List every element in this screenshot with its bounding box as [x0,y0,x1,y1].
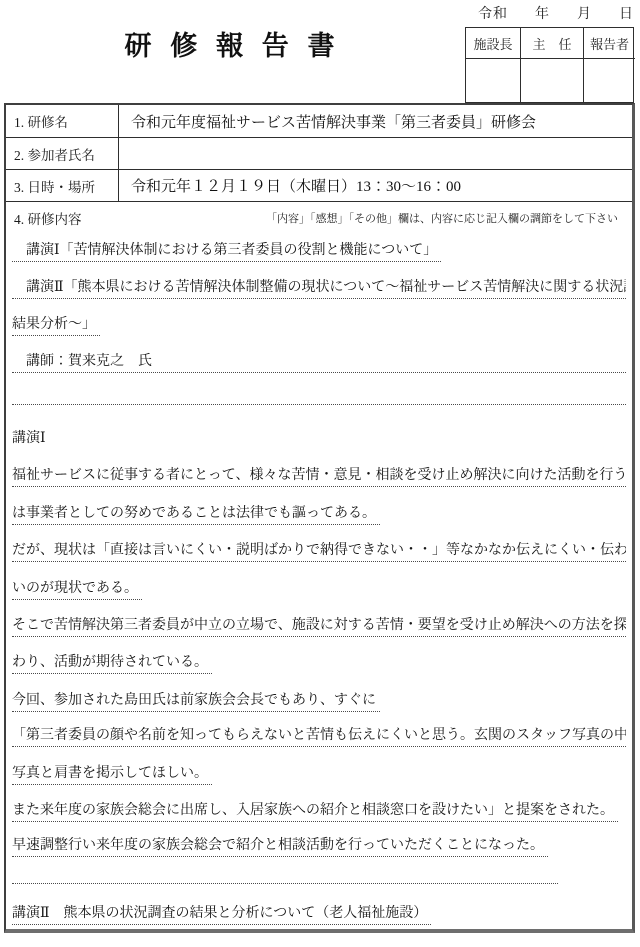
body-line-section1-heading: 講演Ⅰ [12,426,626,450]
approval-header-chief: 主 任 [521,28,584,59]
body-line-paragraph-3a: そこで苦情解決第三者委員が中立の立場で、施設に対する苦情・要望を受け止め解決への… [12,613,626,637]
body-line-paragraph-2b: いのが現状である。 [12,576,142,600]
approval-stamp-cell-chief [521,59,584,102]
date-line: 令和 年 月 日 [478,3,634,23]
body-line-paragraph-3b: わり、活動が期待されている。 [12,650,212,674]
body-line-paragraph-5: 早速調整行い来年度の家族会総会で紹介と相談活動を行っていただくことになった。 [12,833,548,857]
approval-stamp-cell-reporter [584,59,635,102]
body-line-quote-2: 写真と肩書を掲示してほしい。 [12,761,212,785]
body-line-lecture2-title-1: 講演Ⅱ「熊本県における苦情解決体制整備の現状について～福祉サービス苦情解決に関す… [12,275,626,299]
body-line-lecture1-title: 講演Ⅰ「苦情解決体制における第三者委員の役割と機能について」 [12,238,441,262]
date-era: 令和 [478,3,508,23]
approval-header-reporter: 報告者 [584,28,635,59]
training-content-label: 4. 研修内容 [14,208,82,228]
body-line-lecturer-name: 講師：賀来克之 氏 [12,349,626,373]
body-line-section2-heading: 講演Ⅱ 熊本県の状況調査の結果と分析について（老人福祉施設） [12,901,431,925]
participants-value [119,138,632,169]
approval-table: 施設長 主 任 報告者 [465,27,634,103]
approval-header-director: 施設長 [466,28,521,59]
datetime-place-value: 令和元年１２月１９日（木曜日）13：30～16：00 [119,170,632,201]
body-line-quote-3: また来年度の家族会総会に出席し、入居家族への紹介と相談窓口を設けたい」と提案をさ… [12,798,618,822]
datetime-place-label: 3. 日時・場所 [6,170,119,201]
training-report-page: 令和 年 月 日 研 修 報 告 書 施設長 主 任 報告者 1. 研修名 令和… [0,0,640,947]
page-title: 研 修 報 告 書 [0,24,465,63]
date-day-label: 日 [619,3,634,23]
date-year-label: 年 [535,3,550,23]
body-line-blank-ruled-1 [12,381,626,405]
row-training-content: 4. 研修内容 「内容」「感想」「その他」欄は、内容に応じ記入欄の調節をして下さ… [6,202,632,929]
body-line-paragraph-1a: 福祉サービスに従事する者にとって、様々な苦情・意見・相談を受け止め解決に向けた活… [12,463,626,487]
participants-label: 2. 参加者氏名 [6,138,119,169]
body-line-blank-ruled-2 [12,860,558,884]
body-line-paragraph-2a: だが、現状は「直接は言いにくい・説明ばかりで納得できない・・」等なかなか伝えにく… [12,538,626,562]
body-line-paragraph-4: 今回、参加された島田氏は前家族会会長でもあり、すぐに [12,688,380,712]
training-name-label: 1. 研修名 [6,105,119,137]
body-line-lecture2-title-2: 結果分析～」 [12,312,100,336]
training-content-header: 4. 研修内容 「内容」「感想」「その他」欄は、内容に応じ記入欄の調節をして下さ… [6,202,632,228]
training-content-note: 「内容」「感想」「その他」欄は、内容に応じ記入欄の調節をして下さい [266,208,618,226]
row-datetime-place: 3. 日時・場所 令和元年１２月１９日（木曜日）13：30～16：00 [6,170,632,202]
row-training-name: 1. 研修名 令和元年度福祉サービス苦情解決事業「第三者委員」研修会 [6,105,632,138]
report-form-table: 1. 研修名 令和元年度福祉サービス苦情解決事業「第三者委員」研修会 2. 参加… [4,103,635,933]
body-line-quote-1: 「第三者委員の顔や名前を知ってもらえないと苦情も伝えにくいと思う。玄関のスタッフ… [12,723,626,747]
row-participants: 2. 参加者氏名 [6,138,632,170]
date-month-label: 月 [577,3,592,23]
body-line-paragraph-1b: は事業者としての努めであることは法律でも謳ってある。 [12,501,380,525]
approval-stamp-cell-director [466,59,521,102]
training-name-value: 令和元年度福祉サービス苦情解決事業「第三者委員」研修会 [119,105,632,137]
